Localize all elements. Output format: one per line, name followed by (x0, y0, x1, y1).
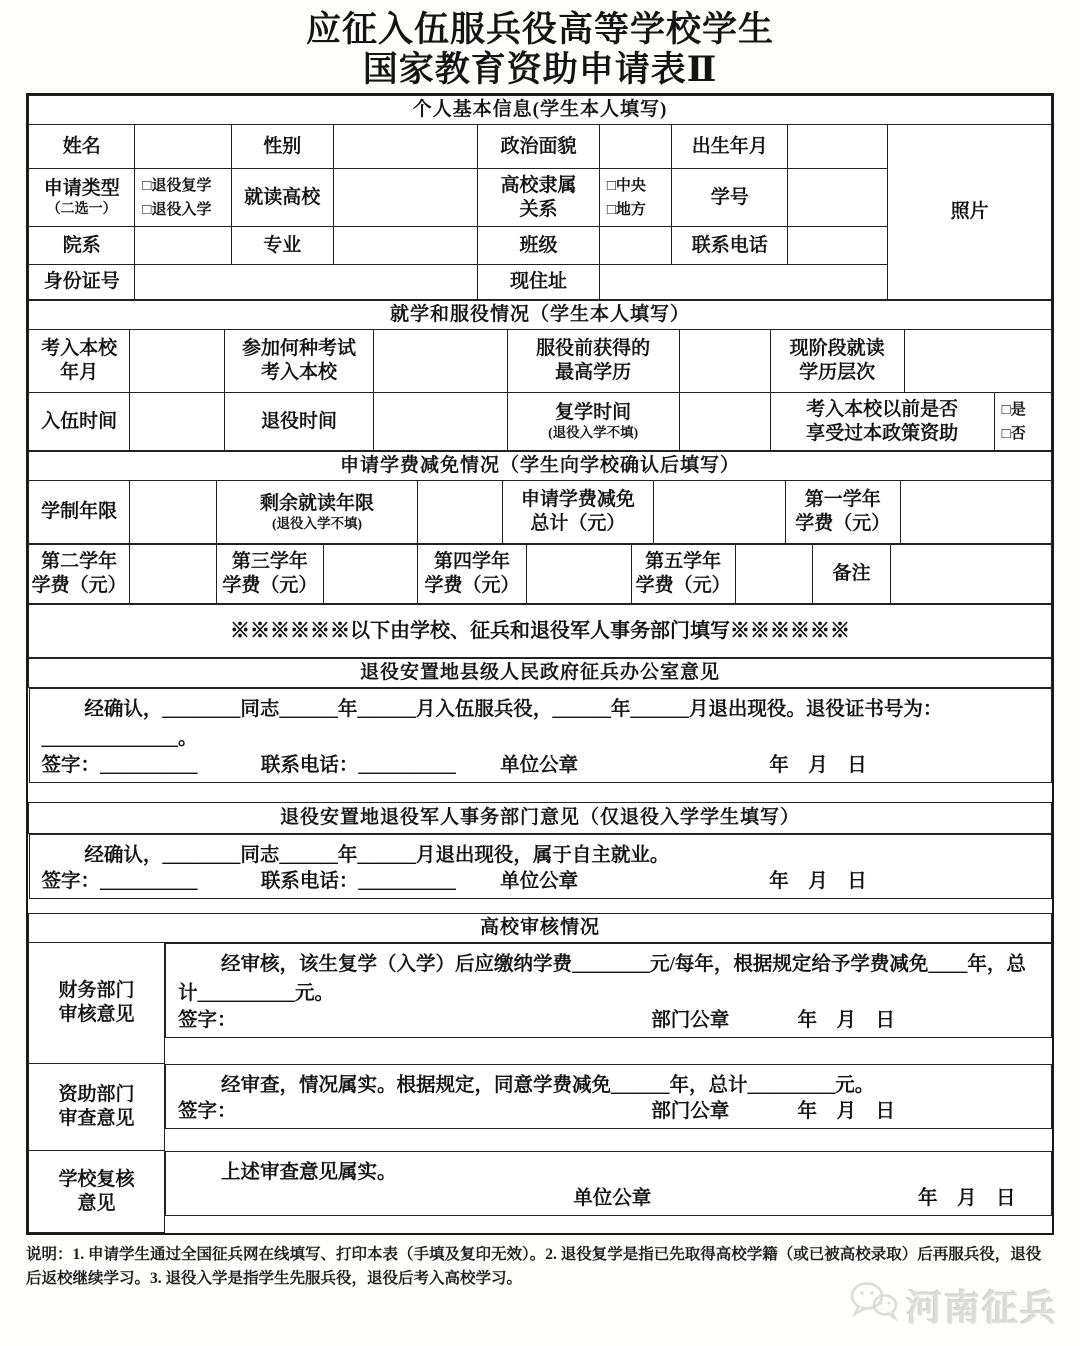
department-label: 院系 (29, 227, 135, 265)
enlist-office-line2: ______________。 (42, 724, 1039, 753)
spacer (772, 1187, 918, 1211)
apply-type-checkboxes: □退役复学 □退役入学 (135, 169, 231, 227)
id-number-value-cell (135, 265, 478, 300)
finance-sign-row: 签字： 部门公章 年 月 日 (178, 1009, 1038, 1033)
funding-dept-line2: 审查意见 (31, 1107, 162, 1131)
enlist-stamp-label: 单位公章 (500, 754, 769, 778)
exam-type-label: 参加何种考试 考入本校 (225, 330, 373, 393)
program-years-label: 学制年限 (29, 481, 130, 544)
pre-service-degree-value-cell (679, 330, 770, 393)
enlist-office-line1: 经确认，________同志______年______月入伍服兵役，______… (42, 695, 1039, 724)
enroll-date-line1: 考入本校 (31, 337, 127, 361)
class-label: 班级 (478, 227, 600, 265)
checkbox-no: □否 (1002, 422, 1049, 446)
enlist-office-content: 经确认，________同志______年______月入伍服兵役，______… (29, 688, 1052, 783)
finance-dept-line2: 审核意见 (31, 1003, 162, 1027)
basic-info-header: 个人基本信息(学生本人填写) (29, 96, 1052, 125)
year4-line1: 第四学年 (420, 550, 524, 574)
veteran-office-content: 经确认，________同志______年______月退出现役，属于自主就业。… (29, 834, 1052, 900)
enlist-phone-label: 联系电话：__________ (261, 754, 500, 778)
phone-label: 联系电话 (672, 227, 788, 265)
year4-line2: 学费（元） (420, 574, 524, 598)
birth-date-label: 出生年月 (672, 125, 788, 169)
divider-table: ※※※※※※以下由学校、征兵和退役军人事务部门填写※※※※※※ (28, 604, 1052, 658)
photo-box: 照片 (888, 125, 1052, 300)
service-info-table: 就学和服役情况（学生本人填写） 考入本校 年月 参加何种考试 考入本校 服役前获… (28, 300, 1052, 451)
funding-dept-content: 经审查，情况属实。根据规定，同意学费减免______年，总计_________元… (165, 1064, 1051, 1130)
school-review-label: 学校复核 意见 (29, 1151, 165, 1233)
school-review-line2: 意见 (31, 1192, 162, 1216)
finance-sign-label: 签字： (178, 1009, 651, 1033)
prior-benefit-line2: 享受过本政策资助 (773, 422, 992, 446)
remaining-years-note: (退役入学不填) (219, 516, 415, 533)
checkbox-retire-resume: □退役复学 (142, 174, 228, 198)
watermark-text: 河南征兵 (906, 1280, 1058, 1331)
finance-date-label: 年 月 日 (798, 1009, 896, 1033)
remaining-years-line1: 剩余就读年限 (219, 492, 415, 516)
school-review-line1: 学校复核 (31, 1168, 162, 1192)
apply-type-note: （二选一） (31, 201, 132, 219)
id-number-label: 身份证号 (29, 265, 135, 300)
year3-tuition-label: 第三学年 学费（元） (217, 545, 323, 604)
college-value-cell (333, 169, 477, 227)
year1-line1: 第一学年 (788, 488, 898, 512)
department-value-cell (135, 227, 231, 265)
enlist-time-label: 入伍时间 (29, 393, 130, 451)
waiver-total-line2: 总计（元） (505, 512, 651, 536)
year2-tuition-value-cell (130, 545, 217, 604)
basic-info-table: 个人基本信息(学生本人填写) 姓名 性别 政治面貌 出生年月 照片 申请类型 （… (28, 95, 1052, 300)
veteran-office-sign-row: 签字：__________ 联系电话：__________ 单位公章 年 月 日 (42, 870, 1039, 894)
wechat-icon (848, 1279, 900, 1332)
remaining-years-value-cell (417, 481, 502, 544)
veteran-date-label: 年 月 日 (769, 870, 867, 894)
year1-tuition-value-cell (900, 481, 1051, 544)
prior-benefit-line1: 考入本校以前是否 (773, 398, 992, 422)
address-label: 现住址 (478, 265, 600, 300)
year3-line2: 学费（元） (219, 574, 320, 598)
remark-label: 备注 (812, 545, 891, 604)
enroll-date-label: 考入本校 年月 (29, 330, 130, 393)
pre-service-degree-line2: 最高学历 (510, 361, 677, 385)
address-value-cell (599, 265, 887, 300)
year2-line1: 第二学年 (31, 550, 127, 574)
finance-dept-label: 财务部门 审核意见 (29, 943, 165, 1064)
waiver-total-label: 申请学费减免 总计（元） (502, 481, 653, 544)
retire-time-value-cell (373, 393, 507, 451)
pre-service-degree-line1: 服役前获得的 (510, 337, 677, 361)
class-value-cell (599, 227, 672, 265)
remark-value-cell (891, 545, 1052, 604)
funding-sign-row: 签字： 部门公章 年 月 日 (178, 1100, 1038, 1124)
college-label: 就读高校 (231, 169, 333, 227)
university-review-table: 高校审核情况 财务部门 审核意见 经审核，该生复学（入学）后应缴纳学费_____… (28, 913, 1052, 1233)
name-value-cell (135, 125, 231, 169)
apply-type-label-text: 申请类型 (31, 177, 132, 201)
year3-line1: 第三学年 (219, 550, 320, 574)
finance-dept-line1: 财务部门 (31, 979, 162, 1003)
affiliation-checkboxes: □中央 □地方 (599, 169, 672, 227)
phone-value-cell (788, 227, 888, 265)
form-page: 应征入伍服兵役高等学校学生 国家教育资助申请表Ⅱ 个人基本信息(学生本人填写) … (0, 0, 1080, 1346)
year2-tuition-label: 第二学年 学费（元） (29, 545, 130, 604)
checkbox-central: □中央 (607, 174, 670, 198)
name-label: 姓名 (29, 125, 135, 169)
political-status-label: 政治面貌 (478, 125, 600, 169)
prior-benefit-checkboxes: □是 □否 (994, 393, 1051, 451)
veteran-office-line1: 经确认，________同志______年______月退出现役，属于自主就业。 (42, 841, 1039, 870)
veteran-stamp-label: 单位公章 (500, 870, 769, 894)
year5-tuition-label: 第五学年 学费（元） (631, 545, 735, 604)
student-id-value-cell (788, 169, 888, 227)
gender-label: 性别 (231, 125, 333, 169)
funding-dept-text: 经审查，情况属实。根据规定，同意学费减免______年，总计_________元… (178, 1071, 1038, 1100)
enlist-office-header: 退役安置地县级人民政府征兵办公室意见 (29, 659, 1052, 688)
form-title-line2: 国家教育资助申请表Ⅱ (0, 50, 1080, 90)
pre-service-degree-label: 服役前获得的 最高学历 (507, 330, 679, 393)
resume-time-label: 复学时间 (退役入学不填) (507, 393, 679, 451)
resume-time-value-cell (679, 393, 770, 451)
divider-text: ※※※※※※以下由学校、征兵和退役军人事务部门填写※※※※※※ (29, 605, 1052, 658)
school-review-date-label: 年 月 日 (918, 1187, 1016, 1211)
year1-line2: 学费（元） (788, 512, 898, 536)
affiliation-label-line2: 关系 (480, 198, 597, 222)
tuition-table-row1: 申请学费减免情况（学生向学校确认后填写） 学制年限 剩余就读年限 (退役入学不填… (28, 451, 1052, 544)
finance-dept-text: 经审核，该生复学（入学）后应缴纳学费________元/每年，根据规定给予学费减… (178, 950, 1038, 1009)
tuition-header: 申请学费减免情况（学生向学校确认后填写） (29, 452, 1052, 481)
exam-type-value-cell (373, 330, 507, 393)
year2-line2: 学费（元） (31, 574, 127, 598)
checkbox-retire-enroll: □退役入学 (142, 198, 228, 222)
program-years-value-cell (130, 481, 217, 544)
veteran-sign-label: 签字：__________ (42, 870, 261, 894)
remaining-years-label: 剩余就读年限 (退役入学不填) (217, 481, 418, 544)
service-info-header: 就学和服役情况（学生本人填写） (29, 301, 1052, 330)
enlist-office-sign-row: 签字：__________ 联系电话：__________ 单位公章 年 月 日 (42, 754, 1039, 778)
year3-tuition-value-cell (323, 545, 417, 604)
resume-time-note: (退役入学不填) (510, 425, 677, 442)
school-review-sign-row: 单位公章 年 月 日 (178, 1187, 1038, 1211)
enroll-date-value-cell (130, 330, 225, 393)
year1-tuition-label: 第一学年 学费（元） (785, 481, 900, 544)
funding-stamp-label: 部门公章 (651, 1100, 797, 1124)
birth-date-value-cell (788, 125, 888, 169)
major-label: 专业 (231, 227, 333, 265)
major-value-cell (333, 227, 477, 265)
tuition-table-row2: 第二学年 学费（元） 第三学年 学费（元） 第四学年 学费（元） 第五学年 学费… (28, 544, 1052, 604)
year5-tuition-value-cell (735, 545, 812, 604)
veteran-office-header: 退役安置地退役军人事务部门意见（仅退役入学学生填写） (29, 802, 1052, 833)
current-level-value-cell (904, 330, 1051, 393)
enlist-date-label: 年 月 日 (769, 754, 867, 778)
enroll-date-line2: 年月 (31, 361, 127, 385)
funding-date-label: 年 月 日 (798, 1100, 896, 1124)
waiver-total-value-cell (654, 481, 786, 544)
political-status-value-cell (599, 125, 672, 169)
school-review-stamp-label: 单位公章 (178, 1187, 772, 1211)
watermark: 河南征兵 (848, 1279, 1058, 1332)
school-review-content: 上述审查意见属实。 单位公章 年 月 日 (165, 1151, 1051, 1217)
exam-type-line1: 参加何种考试 (227, 337, 370, 361)
finance-stamp-label: 部门公章 (651, 1009, 797, 1033)
year5-line1: 第五学年 (634, 550, 733, 574)
checkbox-local: □地方 (607, 198, 670, 222)
funding-dept-line1: 资助部门 (31, 1083, 162, 1107)
form-title: 应征入伍服兵役高等学校学生 国家教育资助申请表Ⅱ (0, 0, 1080, 89)
prior-benefit-label: 考入本校以前是否 享受过本政策资助 (770, 393, 994, 451)
funding-sign-label: 签字： (178, 1100, 651, 1124)
veteran-office-table: 退役安置地退役军人事务部门意见（仅退役入学学生填写） 经确认，________同… (28, 802, 1052, 914)
funding-dept-label: 资助部门 审查意见 (29, 1064, 165, 1151)
veteran-phone-label: 联系电话：__________ (261, 870, 500, 894)
exam-type-line2: 考入本校 (227, 361, 370, 385)
retire-time-label: 退役时间 (225, 393, 373, 451)
affiliation-label-line1: 高校隶属 (480, 174, 597, 198)
current-level-line1: 现阶段就读 (773, 337, 902, 361)
enlist-time-value-cell (130, 393, 225, 451)
finance-dept-content: 经审核，该生复学（入学）后应缴纳学费________元/每年，根据规定给予学费减… (165, 943, 1051, 1038)
year4-tuition-value-cell (527, 545, 631, 604)
resume-time-line1: 复学时间 (510, 401, 677, 425)
waiver-total-line1: 申请学费减免 (505, 488, 651, 512)
affiliation-label: 高校隶属 关系 (478, 169, 600, 227)
application-form: 个人基本信息(学生本人填写) 姓名 性别 政治面貌 出生年月 照片 申请类型 （… (26, 93, 1054, 1235)
current-level-line2: 学历层次 (773, 361, 902, 385)
checkbox-yes: □是 (1002, 398, 1049, 422)
form-title-line1: 应征入伍服兵役高等学校学生 (0, 10, 1080, 50)
year5-line2: 学费（元） (634, 574, 733, 598)
gender-value-cell (333, 125, 477, 169)
apply-type-label: 申请类型 （二选一） (29, 169, 135, 227)
student-id-label: 学号 (672, 169, 788, 227)
enlist-office-table: 退役安置地县级人民政府征兵办公室意见 经确认，________同志______年… (28, 658, 1052, 802)
year4-tuition-label: 第四学年 学费（元） (417, 545, 526, 604)
university-review-header: 高校审核情况 (29, 914, 1052, 943)
enlist-sign-label: 签字：__________ (42, 754, 261, 778)
school-review-text: 上述审查意见属实。 (178, 1158, 1038, 1187)
current-level-label: 现阶段就读 学历层次 (770, 330, 904, 393)
